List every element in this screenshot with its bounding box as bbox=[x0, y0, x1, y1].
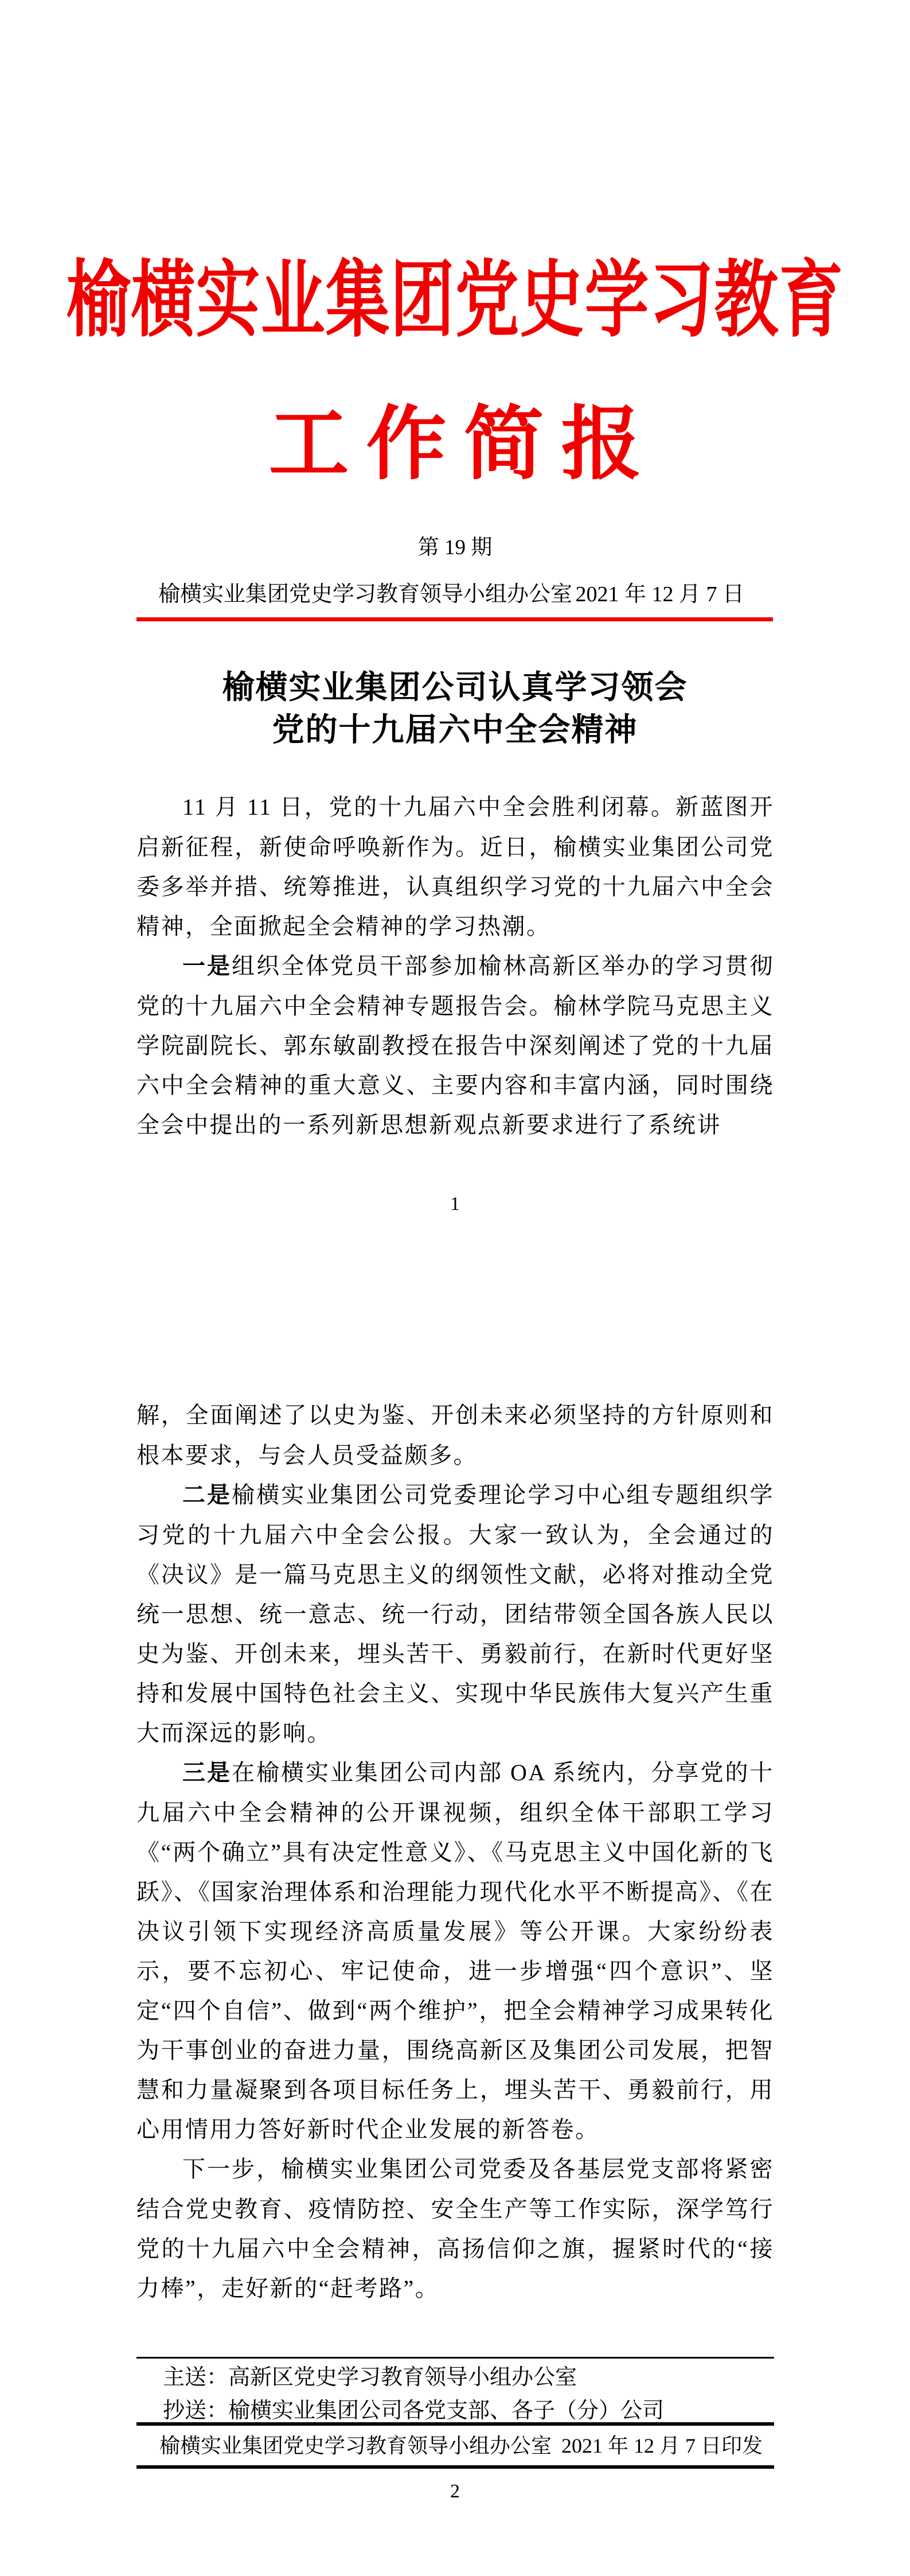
page-number-2: 2 bbox=[0, 2482, 910, 2501]
bulletin-title: 工作简报 bbox=[0, 405, 910, 485]
print-date: 2021 年 12 月 7 日印发 bbox=[561, 2435, 763, 2458]
paragraph-lead: 三是 bbox=[182, 1760, 232, 1785]
paragraph-text: 组织全体党员干部参加榆林高新区举办的学习贯彻党的十九届六中全会精神专题报告会。榆… bbox=[136, 953, 774, 1138]
red-divider bbox=[136, 617, 773, 621]
article-title: 榆横实业集团公司认真学习领会 党的十九届六中全会精神 bbox=[0, 667, 910, 752]
issue-number: 第 19 期 bbox=[0, 537, 910, 558]
copy-send-row: 抄送：榆横实业集团公司各党支部、各子（分）公司 bbox=[136, 2399, 774, 2423]
paragraph-third-point: 三是在榆横实业集团公司内部 OA 系统内，分享党的十九届六中全会精神的公开课视频… bbox=[136, 1753, 774, 2149]
paragraph-first-point-continued: 解，全面阐述了以史为鉴、开创未来必须坚持的方针原则和根本要求，与会人员受益颇多。 bbox=[136, 1395, 774, 1475]
main-send-row: 主送：高新区党史学习教育领导小组办公室 bbox=[136, 2366, 774, 2390]
copy-send-value: 榆横实业集团公司各党支部、各子（分）公司 bbox=[228, 2399, 664, 2423]
footer-divider-bottom bbox=[136, 2465, 774, 2469]
bulletin-page: 榆横实业集团党史学习教育 工作简报 第 19 期 榆横实业集团党史学习教育领导小… bbox=[0, 0, 910, 2576]
footer-divider-middle bbox=[136, 2422, 774, 2426]
paragraph-next-steps: 下一步，榆横实业集团公司党委及各基层党支部将紧密结合党史教育、疫情防控、安全生产… bbox=[136, 2149, 774, 2308]
paragraph-lead: 二是 bbox=[182, 1482, 232, 1508]
paragraph-text: 榆横实业集团公司党委理论学习中心组专题组织学习党的十九届六中全会公报。大家一致认… bbox=[136, 1482, 774, 1746]
paragraph-intro: 11 月 11 日，党的十九届六中全会胜利闭幕。新蓝图开启新征程，新使命呼唤新作… bbox=[136, 787, 774, 946]
paragraph-text: 下一步，榆横实业集团公司党委及各基层党支部将紧密结合党史教育、疫情防控、安全生产… bbox=[136, 2156, 774, 2301]
article-title-line2: 党的十九届六中全会精神 bbox=[0, 709, 910, 752]
body-page2: 解，全面阐述了以史为鉴、开创未来必须坚持的方针原则和根本要求，与会人员受益颇多。… bbox=[136, 1395, 774, 2308]
masthead-issuer: 榆横实业集团党史学习教育领导小组办公室 bbox=[158, 583, 572, 607]
masthead-org-title: 榆横实业集团党史学习教育 bbox=[0, 259, 910, 343]
paragraph-text: 解，全面阐述了以史为鉴、开创未来必须坚持的方针原则和根本要求，与会人员受益颇多。 bbox=[136, 1402, 774, 1468]
print-row: 榆横实业集团党史学习教育领导小组办公室 2021 年 12 月 7 日印发 bbox=[136, 2435, 774, 2458]
paragraph-text: 11 月 11 日，党的十九届六中全会胜利闭幕。新蓝图开启新征程，新使命呼唤新作… bbox=[136, 794, 774, 939]
paragraph-lead: 一是 bbox=[182, 954, 232, 979]
paragraph-second-point: 二是榆横实业集团公司党委理论学习中心组专题组织学习党的十九届六中全会公报。大家一… bbox=[136, 1475, 774, 1753]
page-number-1: 1 bbox=[0, 1194, 910, 1214]
article-title-line1: 榆横实业集团公司认真学习领会 bbox=[0, 667, 910, 709]
footer-divider-top bbox=[136, 2357, 774, 2359]
masthead-issuer-row: 榆横实业集团党史学习教育领导小组办公室 2021 年 12 月 7 日 bbox=[136, 583, 774, 607]
copy-send-label: 抄送： bbox=[163, 2399, 228, 2423]
paragraph-text: 在榆横实业集团公司内部 OA 系统内，分享党的十九届六中全会精神的公开课视频，组… bbox=[136, 1760, 774, 2142]
body-page1: 11 月 11 日，党的十九届六中全会胜利闭幕。新蓝图开启新征程，新使命呼唤新作… bbox=[136, 787, 774, 1145]
masthead-date: 2021 年 12 月 7 日 bbox=[575, 583, 744, 607]
paragraph-first-point: 一是组织全体党员干部参加榆林高新区举办的学习贯彻党的十九届六中全会精神专题报告会… bbox=[136, 946, 774, 1145]
main-send-value: 高新区党史学习教育领导小组办公室 bbox=[228, 2365, 577, 2390]
main-send-label: 主送： bbox=[163, 2365, 228, 2390]
print-issuer: 榆横实业集团党史学习教育领导小组办公室 bbox=[159, 2435, 552, 2458]
